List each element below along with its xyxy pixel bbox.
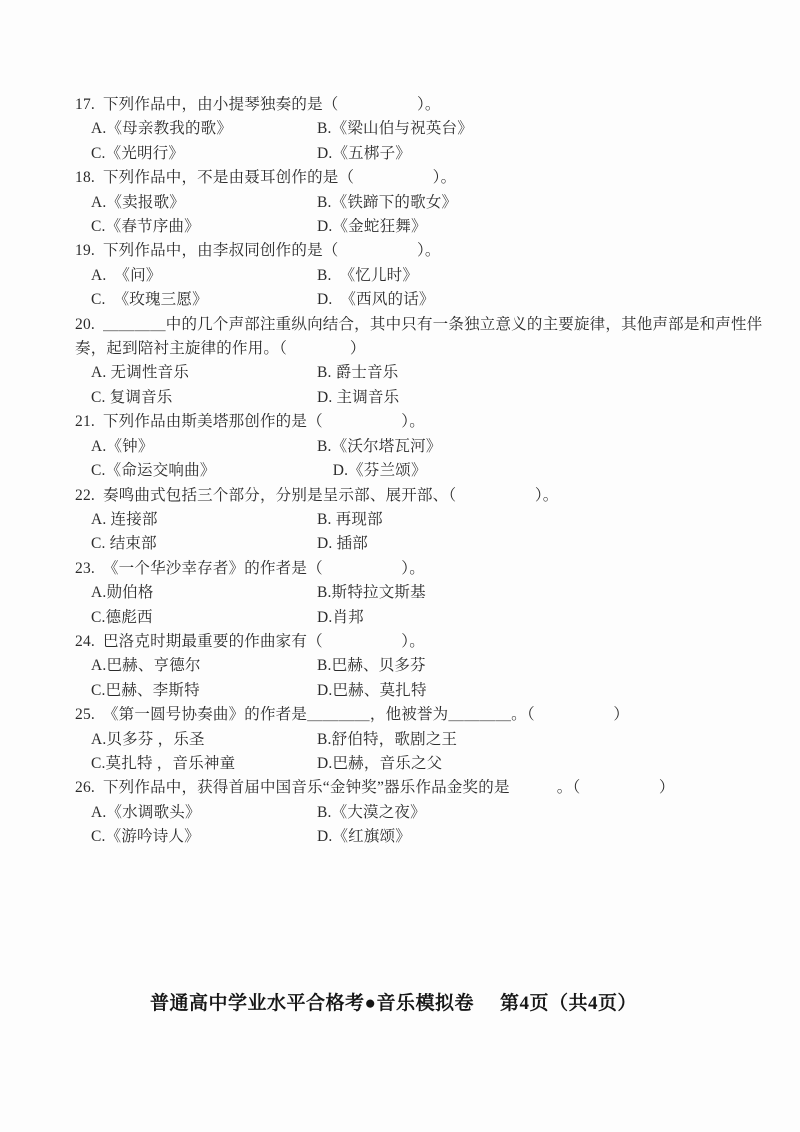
- option-a: A.《卖报歌》: [91, 191, 317, 215]
- option-c: C.巴赫、李斯特: [91, 679, 317, 703]
- option-d: D. 《西风的话》: [317, 288, 783, 312]
- question-text: 巴洛克时期最重要的作曲家有（ ）。: [103, 633, 425, 650]
- footer-title: 普通高中学业水平合格考●音乐模拟卷: [150, 988, 474, 1015]
- questions-area: 17.下列作品中，由小提琴独奏的是（ ）。A.《母亲教我的歌》B.《梁山伯与祝英…: [75, 93, 783, 850]
- option-a: A. 《问》: [91, 264, 317, 288]
- options-grid: A. 《问》B. 《忆儿时》C. 《玫瑰三愿》D. 《西风的话》: [75, 264, 783, 313]
- option-b: B.《大漠之夜》: [317, 801, 783, 825]
- question-number: 18.: [75, 169, 95, 186]
- question-text: 下列作品由斯美塔那创作的是（ ）。: [103, 413, 425, 430]
- options-grid: A.《卖报歌》B.《铁蹄下的歌女》C.《春节序曲》D.《金蛇狂舞》: [75, 191, 783, 240]
- question-number: 20.: [75, 316, 95, 333]
- question-17: 17.下列作品中，由小提琴独奏的是（ ）。A.《母亲教我的歌》B.《梁山伯与祝英…: [75, 93, 783, 166]
- option-d: D.肖邦: [317, 606, 783, 630]
- option-c: C. 复调音乐: [91, 386, 317, 410]
- footer-page-info: 第4页（共4页）: [500, 988, 637, 1015]
- options-grid: A.贝多芬 ，乐圣B.舒伯特，歌剧之王C.莫扎特 ，音乐神童D.巴赫，音乐之父: [75, 728, 783, 777]
- option-c: C.《命运交响曲》: [91, 459, 317, 483]
- question-text: 下列作品中，不是由聂耳创作的是（ ）。: [103, 169, 456, 186]
- option-c: C.《游吟诗人》: [91, 825, 317, 849]
- question-stem: 23.《一个华沙幸存者》的作者是（ ）。: [75, 557, 783, 581]
- option-b: B. 《忆儿时》: [317, 264, 783, 288]
- option-c: C. 《玫瑰三愿》: [91, 288, 317, 312]
- option-b: B.《铁蹄下的歌女》: [317, 191, 783, 215]
- question-text: 下列作品中，由小提琴独奏的是（ ）。: [103, 96, 441, 113]
- option-b: B.《沃尔塔瓦河》: [317, 435, 783, 459]
- question-25: 25.《第一圆号协奏曲》的作者是＿＿＿＿，他被誉为＿＿＿＿。（ ）A.贝多芬 ，…: [75, 703, 783, 776]
- option-a: A.《钟》: [91, 435, 317, 459]
- question-text: 《一个华沙幸存者》的作者是（ ）。: [103, 560, 425, 577]
- option-d: D. 主调音乐: [317, 386, 783, 410]
- option-a: A.贝多芬 ，乐圣: [91, 728, 317, 752]
- question-text: ＿＿＿＿中的几个声部注重纵向结合，其中只有一条独立意义的主要旋律，其他声部是和声…: [75, 316, 762, 357]
- option-b: B. 爵士音乐: [317, 361, 783, 385]
- question-text: 奏鸣曲式包括三个部分，分别是呈示部、展开部、（ ）。: [103, 487, 559, 504]
- question-stem: 26.下列作品中，获得首届中国音乐“金钟奖”器乐作品金奖的是 。（ ）: [75, 776, 783, 800]
- option-a: A.《母亲教我的歌》: [91, 117, 317, 141]
- question-stem: 21.下列作品由斯美塔那创作的是（ ）。: [75, 410, 783, 434]
- question-22: 22.奏鸣曲式包括三个部分，分别是呈示部、展开部、（ ）。A. 连接部B. 再现…: [75, 484, 783, 557]
- option-a: A.勋伯格: [91, 581, 317, 605]
- question-text: 下列作品中，获得首届中国音乐“金钟奖”器乐作品金奖的是 。（ ）: [103, 779, 675, 796]
- option-d: D. 插部: [317, 532, 783, 556]
- question-21: 21.下列作品由斯美塔那创作的是（ ）。A.《钟》B.《沃尔塔瓦河》C.《命运交…: [75, 410, 783, 483]
- option-a: A.巴赫、亨德尔: [91, 654, 317, 678]
- option-c: C.德彪西: [91, 606, 317, 630]
- question-number: 23.: [75, 560, 95, 577]
- options-grid: A.巴赫、亨德尔B.巴赫、贝多芬C.巴赫、李斯特D.巴赫、莫扎特: [75, 654, 783, 703]
- option-c: C.《光明行》: [91, 142, 317, 166]
- question-19: 19.下列作品中，由李叔同创作的是（ ）。A. 《问》B. 《忆儿时》C. 《玫…: [75, 239, 783, 312]
- question-26: 26.下列作品中，获得首届中国音乐“金钟奖”器乐作品金奖的是 。（ ）A.《水调…: [75, 776, 783, 849]
- options-grid: A.《母亲教我的歌》B.《梁山伯与祝英台》C.《光明行》D.《五梆子》: [75, 117, 783, 166]
- page-footer: 普通高中学业水平合格考●音乐模拟卷 第4页（共4页）: [150, 988, 637, 1015]
- question-number: 24.: [75, 633, 95, 650]
- question-number: 22.: [75, 487, 95, 504]
- option-d: D.《五梆子》: [317, 142, 783, 166]
- question-text: 《第一圆号协奏曲》的作者是＿＿＿＿，他被誉为＿＿＿＿。（ ）: [103, 706, 629, 723]
- option-a: A. 无调性音乐: [91, 361, 317, 385]
- question-stem: 19.下列作品中，由李叔同创作的是（ ）。: [75, 239, 783, 263]
- option-b: B.斯特拉文斯基: [317, 581, 783, 605]
- question-stem: 25.《第一圆号协奏曲》的作者是＿＿＿＿，他被誉为＿＿＿＿。（ ）: [75, 703, 783, 727]
- question-18: 18.下列作品中，不是由聂耳创作的是（ ）。A.《卖报歌》B.《铁蹄下的歌女》C…: [75, 166, 783, 239]
- question-stem: 18.下列作品中，不是由聂耳创作的是（ ）。: [75, 166, 783, 190]
- options-grid: A. 连接部B. 再现部C. 结束部D. 插部: [75, 508, 783, 557]
- question-stem: 20.＿＿＿＿中的几个声部注重纵向结合，其中只有一条独立意义的主要旋律，其他声部…: [75, 313, 783, 362]
- options-grid: A.勋伯格B.斯特拉文斯基C.德彪西D.肖邦: [75, 581, 783, 630]
- option-d: D.《金蛇狂舞》: [317, 215, 783, 239]
- option-a: A. 连接部: [91, 508, 317, 532]
- question-23: 23.《一个华沙幸存者》的作者是（ ）。A.勋伯格B.斯特拉文斯基C.德彪西D.…: [75, 557, 783, 630]
- question-stem: 17.下列作品中，由小提琴独奏的是（ ）。: [75, 93, 783, 117]
- exam-page: 17.下列作品中，由小提琴独奏的是（ ）。A.《母亲教我的歌》B.《梁山伯与祝英…: [0, 0, 800, 1132]
- question-number: 21.: [75, 413, 95, 430]
- question-number: 25.: [75, 706, 95, 723]
- option-c: C. 结束部: [91, 532, 317, 556]
- options-grid: A. 无调性音乐B. 爵士音乐C. 复调音乐D. 主调音乐: [75, 361, 783, 410]
- option-a: A.《水调歌头》: [91, 801, 317, 825]
- option-b: B.舒伯特，歌剧之王: [317, 728, 783, 752]
- option-d: D.《芬兰颂》: [317, 459, 783, 483]
- question-24: 24.巴洛克时期最重要的作曲家有（ ）。A.巴赫、亨德尔B.巴赫、贝多芬C.巴赫…: [75, 630, 783, 703]
- question-stem: 24.巴洛克时期最重要的作曲家有（ ）。: [75, 630, 783, 654]
- question-text: 下列作品中，由李叔同创作的是（ ）。: [103, 242, 441, 259]
- question-stem: 22.奏鸣曲式包括三个部分，分别是呈示部、展开部、（ ）。: [75, 484, 783, 508]
- option-b: B.《梁山伯与祝英台》: [317, 117, 783, 141]
- question-number: 17.: [75, 96, 95, 113]
- question-number: 26.: [75, 779, 95, 796]
- option-d: D.巴赫、莫扎特: [317, 679, 783, 703]
- option-d: D.巴赫，音乐之父: [317, 752, 783, 776]
- option-d: D.《红旗颂》: [317, 825, 783, 849]
- option-c: C.《春节序曲》: [91, 215, 317, 239]
- option-b: B.巴赫、贝多芬: [317, 654, 783, 678]
- question-number: 19.: [75, 242, 95, 259]
- question-20: 20.＿＿＿＿中的几个声部注重纵向结合，其中只有一条独立意义的主要旋律，其他声部…: [75, 313, 783, 411]
- options-grid: A.《钟》B.《沃尔塔瓦河》C.《命运交响曲》 D.《芬兰颂》: [75, 435, 783, 484]
- option-b: B. 再现部: [317, 508, 783, 532]
- options-grid: A.《水调歌头》B.《大漠之夜》C.《游吟诗人》D.《红旗颂》: [75, 801, 783, 850]
- option-c: C.莫扎特 ，音乐神童: [91, 752, 317, 776]
